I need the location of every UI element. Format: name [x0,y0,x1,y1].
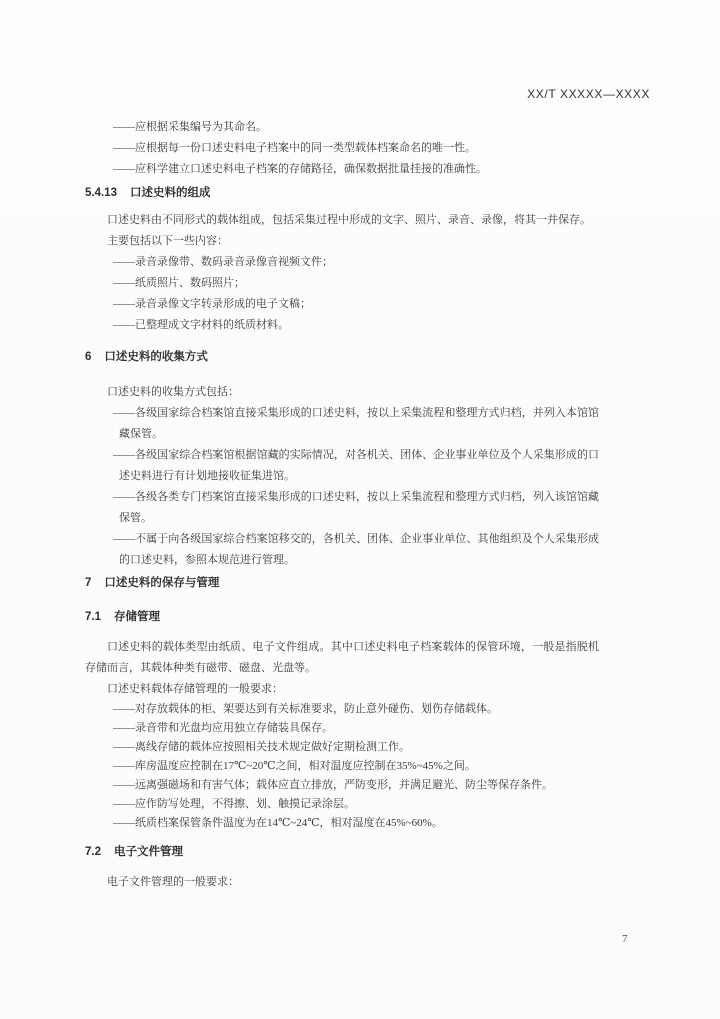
list-item: ——录音录像文字转录形成的电子文稿； [85,294,599,315]
list-item: ——应根据每一份口述史料电子档案中的同一类型载体档案命名的唯一性。 [85,138,599,159]
section-title: 存储管理 [114,611,160,623]
list-item: ——各级国家综合档案馆根据馆藏的实际情况，对各机关、团体、企业事业单位及个人采集… [85,445,599,487]
section-number: 7 [85,577,91,589]
list-item: ——库房温度应控制在17℃~20℃之间，相对温度应控制在35%~45%之间。 [85,757,599,776]
list-item: ——应科学建立口述史料电子档案的存储路径，确保数据批量挂接的准确性。 [85,159,599,180]
section-number: 5.4.13 [85,187,117,199]
section-heading-7: 7口述史料的保存与管理 [85,573,599,594]
list-item: ——对存放载体的柜、架要达到有关标准要求，防止意外碰伤、划伤存储载体。 [85,700,599,719]
paragraph: 主要包括以下一些内容： [85,231,599,252]
section-heading-5-4-13: 5.4.13口述史料的组成 [85,183,599,204]
section-title: 电子文件管理 [114,846,183,858]
section-number: 6 [85,351,91,363]
section-heading-6: 6口述史料的收集方式 [85,347,599,368]
paragraph: 口述史料载体存储管理的一般要求： [85,679,599,700]
section-title: 口述史料的收集方式 [104,351,208,363]
page-number: 7 [622,933,628,945]
naming-rules-list: ——应根据采集编号为其命名。 ——应根据每一份口述史料电子档案中的同一类型载体档… [85,117,599,180]
paragraph: 口述史料的收集方式包括： [85,382,599,403]
list-item: ——各级各类专门档案馆直接采集形成的口述史料，按以上采集流程和整理方式归档，列入… [85,487,599,529]
document-page: XX/T XXXXX—XXXX ——应根据采集编号为其命名。 ——应根据每一份口… [0,0,720,1019]
paragraph: 口述史料的载体类型由纸质、电子文件组成。其中口述史料电子档案载体的保管环境，一般… [85,637,599,679]
collection-methods-list: ——各级国家综合档案馆直接采集形成的口述史料，按以上采集流程和整理方式归档，并列… [85,403,599,571]
composition-list: ——录音录像带、数码录音录像音视频文件； ——纸质照片、数码照片； ——录音录像… [85,252,599,336]
list-item: ——不属于向各级国家综合档案馆移交的，各机关、团体、企业事业单位、其他组织及个人… [85,529,599,571]
list-item: ——应作防写处理，不得擦、划、触摸记录涂层。 [85,795,599,814]
list-item: ——录音录像带、数码录音录像音视频文件； [85,252,599,273]
paragraph: 口述史料由不同形式的载体组成，包括采集过程中形成的文字、照片、录音、录像，将其一… [85,210,599,231]
list-item: ——录音带和光盘均应用独立存储装具保存。 [85,719,599,738]
list-item: ——已整理成文字材料的纸质材料。 [85,315,599,336]
list-item: ——应根据采集编号为其命名。 [85,117,599,138]
list-item: ——远离强磁场和有害气体；载体应直立排放，严防变形，并满足避光、防尘等保存条件。 [85,776,599,795]
section-title: 口述史料的组成 [130,187,211,199]
list-item: ——各级国家综合档案馆直接采集形成的口述史料，按以上采集流程和整理方式归档，并列… [85,403,599,445]
section-number: 7.2 [85,846,101,858]
section-title: 口述史料的保存与管理 [104,577,219,589]
list-item: ——纸质照片、数码照片； [85,273,599,294]
document-body: ——应根据采集编号为其命名。 ——应根据每一份口述史料电子档案中的同一类型载体档… [85,0,599,893]
paragraph: 电子文件管理的一般要求： [85,872,599,893]
list-item: ——纸质档案保管条件温度为在14℃~24℃，相对湿度在45%~60%。 [85,814,599,833]
section-number: 7.1 [85,611,101,623]
list-item: ——离线存储的载体应按照相关技术规定做好定期检测工作。 [85,738,599,757]
storage-requirements-list: ——对存放载体的柜、架要达到有关标准要求，防止意外碰伤、划伤存储载体。 ——录音… [85,700,599,833]
section-heading-7-2: 7.2电子文件管理 [85,842,599,863]
section-heading-7-1: 7.1存储管理 [85,607,599,628]
